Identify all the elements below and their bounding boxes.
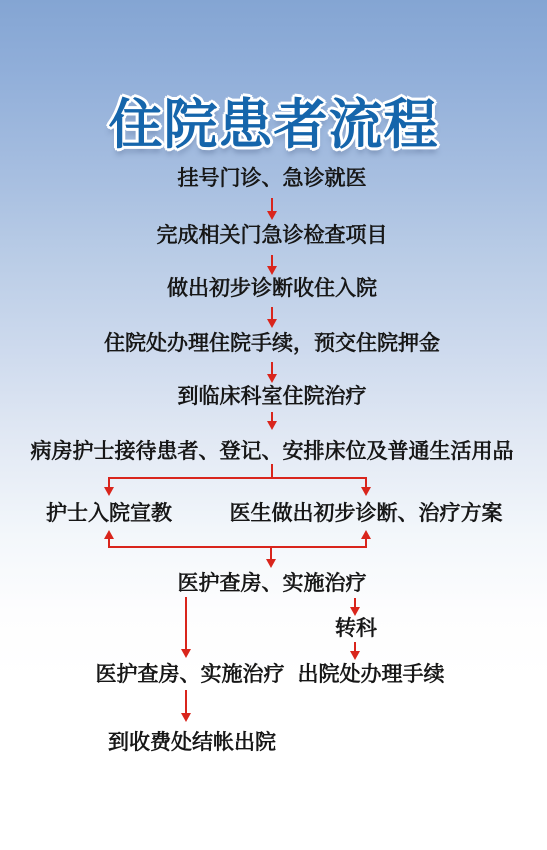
flow-step-clinical-department: 到临床科室住院治疗 (178, 385, 367, 409)
flow-step-register-visit: 挂号门诊、急诊就医 (178, 167, 367, 191)
split-stem-line (271, 464, 273, 478)
flow-step-ward-nurse-reception: 病房护士接待患者、登记、安排床位及普通生活用品 (31, 440, 514, 464)
arrow-down-icon (354, 642, 356, 651)
flow-step-preliminary-diagnosis-admit: 做出初步诊断收住入院 (167, 277, 377, 301)
flow-step-settle-account-discharge: 到收费处结帐出院 (108, 731, 276, 755)
merge-horizontal-line (109, 546, 367, 548)
arrow-down-icon (271, 198, 273, 211)
flow-branch-doctor-diagnosis-plan: 医生做出初步诊断、治疗方案 (230, 502, 503, 526)
arrow-down-icon (271, 362, 273, 374)
split-horizontal-line (109, 477, 367, 479)
flow-step-admission-formalities-deposit: 住院处办理住院手续，预交住院押金 (104, 332, 440, 356)
arrow-down-icon (108, 477, 110, 487)
flow-step-discharge-office: 出院处办理手续 (298, 663, 445, 687)
arrow-down-icon (365, 477, 367, 487)
arrow-down-icon (271, 255, 273, 266)
inpatient-flowchart-poster: 住院患者流程 挂号门诊、急诊就医 完成相关门急诊检查项目 做出初步诊断收住入院 … (0, 0, 547, 850)
arrow-down-icon (270, 548, 272, 559)
flow-step-rounds-treatment: 医护查房、实施治疗 (178, 572, 367, 596)
poster-title: 住院患者流程 (109, 82, 439, 159)
arrow-down-icon (354, 598, 356, 607)
flow-step-complete-exams: 完成相关门急诊检查项目 (157, 224, 388, 248)
flow-step-transfer-department: 转科 (335, 617, 377, 641)
arrow-down-icon (271, 412, 273, 421)
arrow-down-icon (185, 690, 187, 713)
arrow-down-icon (271, 307, 273, 319)
flow-step-rounds-treatment-repeat: 医护查房、实施治疗 (96, 663, 285, 687)
arrow-down-icon (185, 597, 187, 649)
flow-branch-nurse-education: 护士入院宣教 (46, 502, 172, 526)
